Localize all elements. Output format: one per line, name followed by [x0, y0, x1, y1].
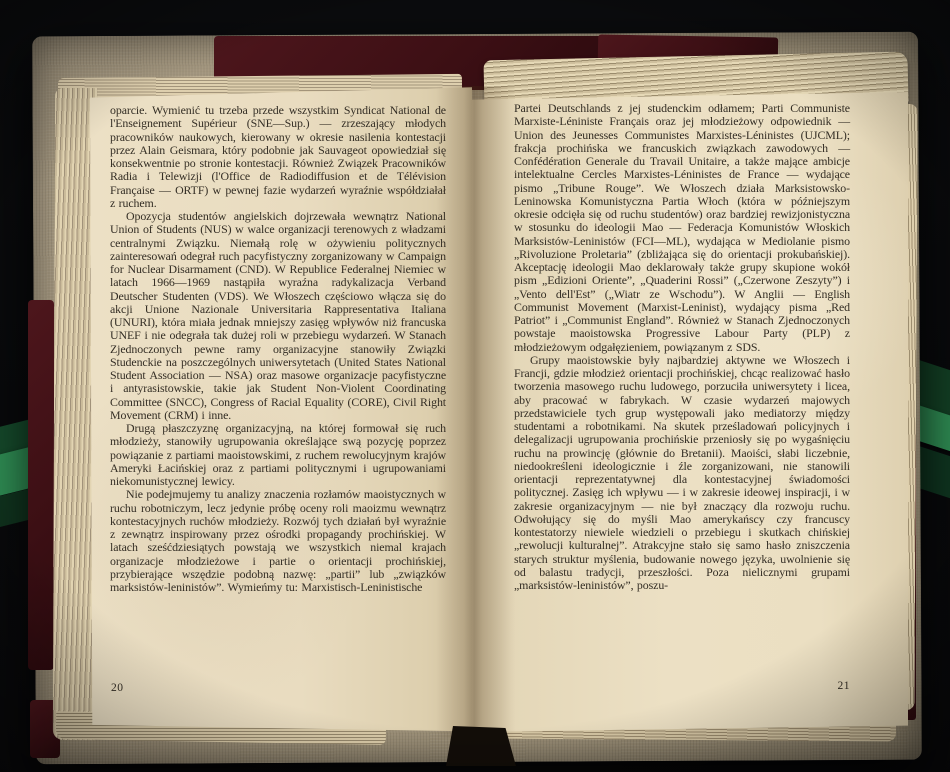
right-page-text: Partei Deutschlands z jej studenckim odł… [514, 102, 850, 592]
paragraph: Nie podejmujemy tu analizy znaczenia roz… [110, 488, 446, 594]
paragraph: Grupy maoistowskie były najbardziej akty… [514, 354, 850, 593]
page-number-20: 20 [111, 682, 124, 694]
left-page: oparcie. Wymienić tu trzeba przede wszys… [90, 86, 472, 734]
page-number-21: 21 [514, 680, 850, 692]
leather-edge-left [28, 300, 54, 670]
paragraph: Drugą płaszczyznę organizacyjną, na któr… [110, 422, 446, 488]
left-page-text: oparcie. Wymienić tu trzeba przede wszys… [110, 104, 446, 594]
book-photo-scene: oparcie. Wymienić tu trzeba przede wszys… [0, 0, 950, 772]
open-book: oparcie. Wymienić tu trzeba przede wszys… [0, 0, 950, 772]
paragraph: Opozycja studentów angielskich dojrzewał… [110, 210, 446, 422]
right-page: Partei Deutschlands z jej studenckim odł… [472, 92, 908, 732]
gutter-bottom-notch [446, 726, 516, 766]
paragraph: Partei Deutschlands z jej studenckim odł… [514, 102, 850, 354]
paragraph: oparcie. Wymienić tu trzeba przede wszys… [110, 104, 446, 210]
